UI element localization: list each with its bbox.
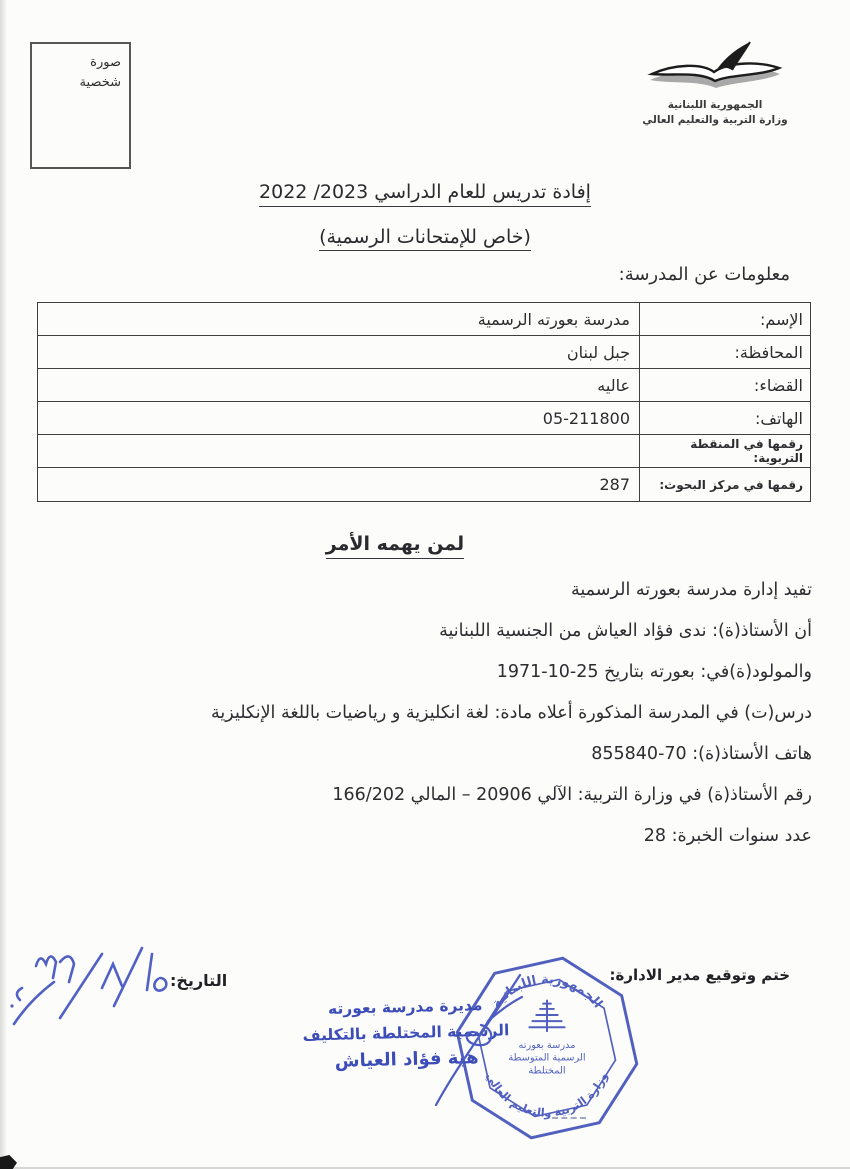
school-info-heading: معلومات عن المدرسة:: [619, 264, 790, 285]
letter-line-certifies: تفيد إدارة مدرسة بعورته الرسمية: [38, 570, 812, 611]
letter-line-teacher-name: أن الأستاذ(ة): ندى فؤاد العياش من الجنسي…: [38, 611, 812, 652]
photo-label-line2: شخصية: [40, 73, 121, 93]
letter-line-teacher-phone: هاتف الأستاذ(ة): 70-855840: [38, 734, 812, 775]
row-label-district: القضاء:: [639, 369, 810, 401]
letter-line-ministry-numbers: رقم الأستاذ(ة) في وزارة التربية: الآلي 2…: [38, 775, 812, 816]
table-row: رقمها في مركز البحوث: 287: [38, 468, 810, 501]
row-label-name: الإسم:: [639, 303, 810, 335]
letter-line-birth: والمولود(ة)في: بعورته بتاريخ 25-10-1971: [38, 652, 812, 693]
director-signature: [418, 953, 568, 1118]
row-value-research-center-number: 287: [38, 468, 639, 501]
date-label: التاريخ:: [170, 971, 227, 990]
ink-flick: [17, 988, 22, 1000]
row-value-name: مدرسة بعورته الرسمية: [38, 303, 639, 335]
table-row: المحافظة: جبل لبنان: [38, 336, 810, 369]
letter-heading: لمن يهمه الأمر: [326, 533, 464, 559]
row-value-edu-district-number: [38, 435, 639, 467]
row-label-governorate: المحافظة:: [639, 336, 810, 368]
document-subtitle-wrap: (خاص للإمتحانات الرسمية): [0, 226, 850, 251]
row-label-research-center-number: رقمها في مركز البحوث:: [639, 468, 810, 501]
letter-body: تفيد إدارة مدرسة بعورته الرسمية أن الأست…: [38, 570, 812, 857]
photo-label-line1: صورة: [40, 53, 121, 73]
school-info-table: الإسم: مدرسة بعورته الرسمية المحافظة: جب…: [37, 302, 811, 502]
logo-text-ministry: وزارة التربية والتعليم العالي: [635, 113, 795, 128]
ministry-logo: الجمهورية اللبنانية وزارة التربية والتعل…: [635, 36, 795, 128]
digit-eight-caret: [102, 964, 122, 988]
table-row: الإسم: مدرسة بعورته الرسمية: [38, 303, 810, 336]
row-value-governorate: جبل لبنان: [38, 336, 639, 368]
digit-three-squiggle: [36, 956, 56, 978]
table-row: رقمها في المنقطة التربوية:: [38, 435, 810, 468]
letter-line-subjects: درس(ت) في المدرسة المذكورة أعلاه مادة: ل…: [38, 693, 812, 734]
document-title-wrap: إفادة تدريس للعام الدراسي 2023/ 2022: [0, 181, 850, 207]
row-value-district: عاليه: [38, 369, 639, 401]
open-book-icon: [642, 36, 788, 98]
letter-line-experience-years: عدد سنوات الخبرة: 28: [38, 816, 812, 857]
document-title: إفادة تدريس للعام الدراسي 2023/ 2022: [259, 181, 591, 207]
table-row: الهاتف: 05-211800: [38, 402, 810, 435]
row-label-phone: الهاتف:: [639, 402, 810, 434]
digit-one-stroke: [147, 954, 152, 990]
table-row: القضاء: عاليه: [38, 369, 810, 402]
letter-heading-wrap: لمن يهمه الأمر: [0, 533, 820, 559]
handwritten-date: [2, 928, 174, 1032]
document-subtitle: (خاص للإمتحانات الرسمية): [319, 226, 531, 251]
row-value-phone: 05-211800: [38, 402, 639, 434]
logo-text-republic: الجمهورية اللبنانية: [635, 98, 795, 113]
digit-five-loop: [154, 978, 166, 991]
row-label-edu-district-number: رقمها في المنقطة التربوية:: [639, 435, 810, 467]
personal-photo-placeholder: صورة شخصية: [30, 42, 131, 169]
scanned-document-page: صورة شخصية الجمهورية اللبنانية وزارة الت…: [0, 0, 850, 1169]
